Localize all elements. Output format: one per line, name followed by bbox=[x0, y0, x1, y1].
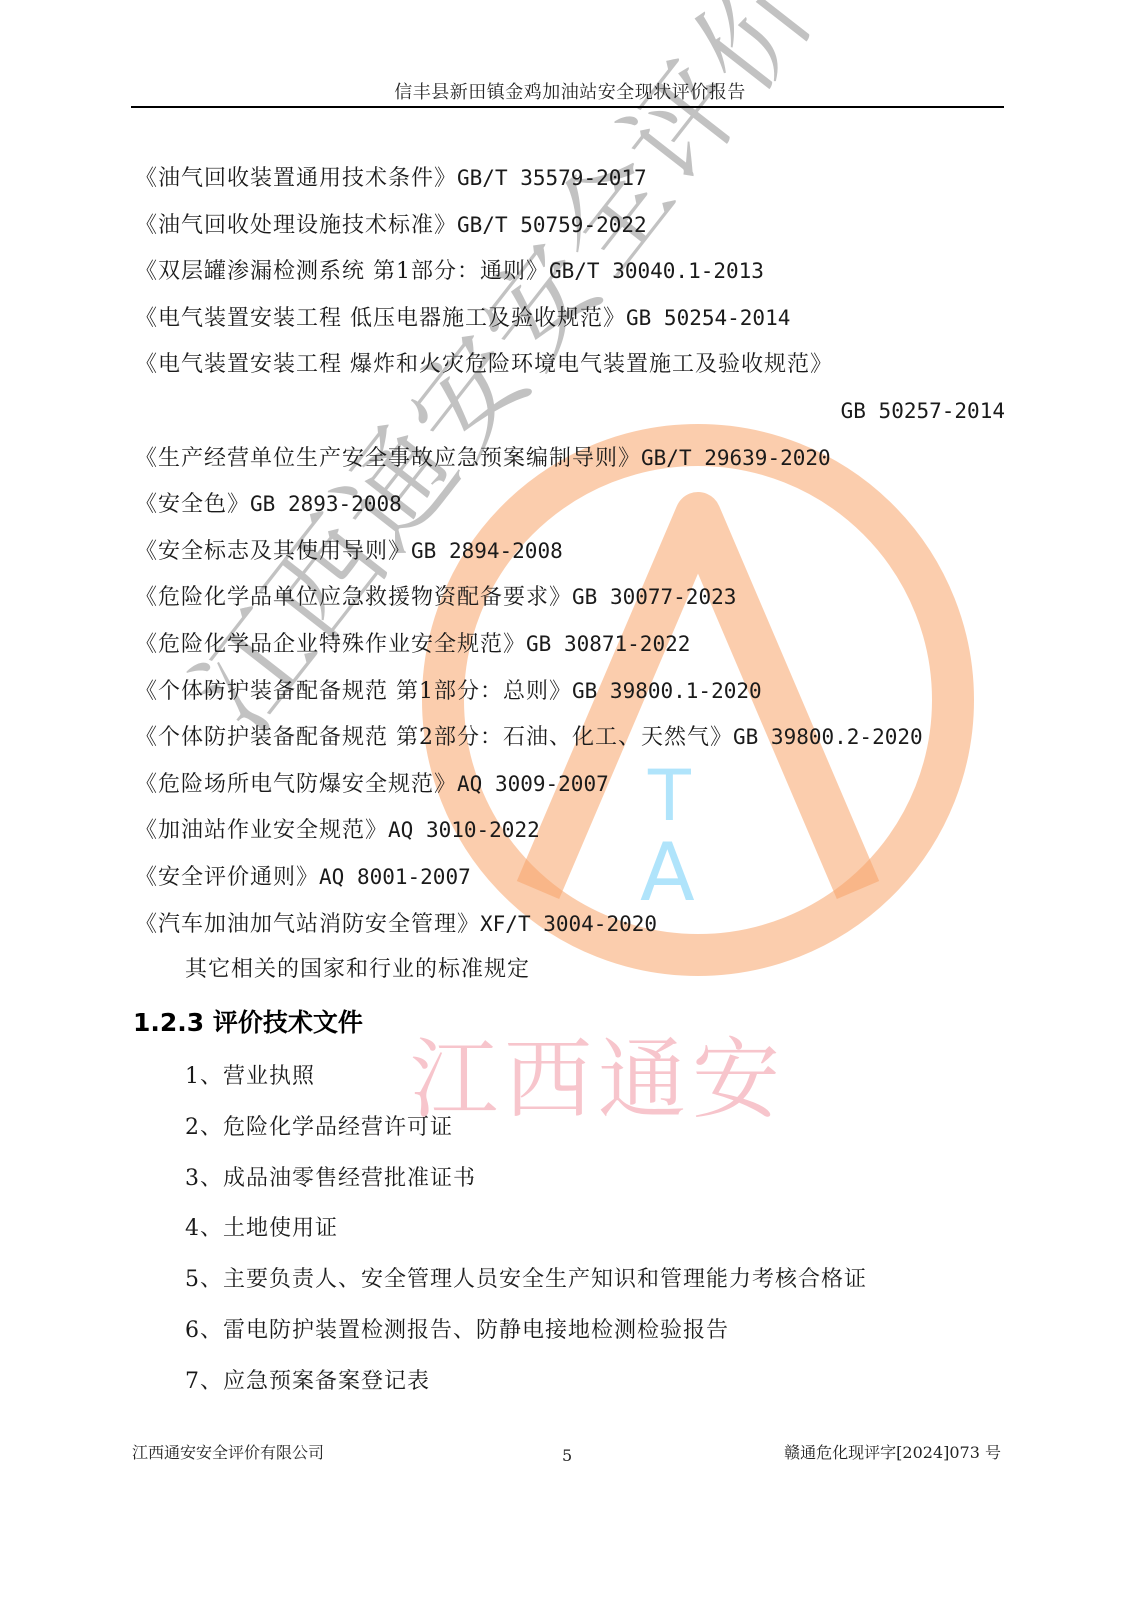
reference-item: 《双层罐渗漏检测系统 第1部分：通则》GB/T 30040.1-2013 bbox=[135, 248, 1010, 295]
list-item: 5、主要负责人、安全管理人员安全生产知识和管理能力考核合格证 bbox=[185, 1255, 867, 1306]
technical-documents-list: 1、营业执照 2、危险化学品经营许可证 3、成品油零售经营批准证书 4、土地使用… bbox=[185, 1052, 867, 1408]
reference-item: 《电气装置安装工程 低压电器施工及验收规范》GB 50254-2014 bbox=[135, 295, 1010, 342]
reference-item: 《加油站作业安全规范》AQ 3010-2022 bbox=[135, 807, 1010, 854]
reference-item-continuation: GB 50257-2014 bbox=[135, 388, 1010, 435]
list-item: 6、雷电防护装置检测报告、防静电接地检测检验报告 bbox=[185, 1306, 867, 1357]
reference-item: 《油气回收装置通用技术条件》GB/T 35579-2017 bbox=[135, 155, 1010, 202]
reference-item: 《汽车加油加气站消防安全管理》XF/T 3004-2020 bbox=[135, 901, 1010, 948]
reference-item: 《安全标志及其使用导则》GB 2894-2008 bbox=[135, 528, 1010, 575]
footer-company-name: 江西通安安全评价有限公司 bbox=[132, 1440, 324, 1463]
reference-item: 《电气装置安装工程 爆炸和火灾危险环境电气装置施工及验收规范》 bbox=[135, 341, 1010, 388]
other-standards-note: 其它相关的国家和行业的标准规定 bbox=[135, 947, 1010, 994]
reference-item: 《危险化学品单位应急救援物资配备要求》GB 30077-2023 bbox=[135, 574, 1010, 621]
reference-item: 《个体防护装备配备规范 第1部分：总则》GB 39800.1-2020 bbox=[135, 668, 1010, 715]
section-heading: 1.2.3 评价技术文件 bbox=[133, 1003, 363, 1039]
reference-item: 《个体防护装备配备规范 第2部分：石油、化工、天然气》GB 39800.2-20… bbox=[135, 714, 1010, 761]
list-item: 7、应急预案备案登记表 bbox=[185, 1357, 867, 1408]
list-item: 3、成品油零售经营批准证书 bbox=[185, 1154, 867, 1205]
list-item: 1、营业执照 bbox=[185, 1052, 867, 1103]
list-item: 4、土地使用证 bbox=[185, 1204, 867, 1255]
reference-item: 《危险化学品企业特殊作业安全规范》GB 30871-2022 bbox=[135, 621, 1010, 668]
reference-item: 《安全色》GB 2893-2008 bbox=[135, 481, 1010, 528]
reference-item: 《危险场所电气防爆安全规范》AQ 3009-2007 bbox=[135, 761, 1010, 808]
reference-item: 《油气回收处理设施技术标准》GB/T 50759-2022 bbox=[135, 202, 1010, 249]
page-header-title: 信丰县新田镇金鸡加油站安全现状评价报告 bbox=[130, 78, 1010, 104]
header-divider bbox=[131, 106, 1004, 108]
page-number: 5 bbox=[562, 1446, 572, 1465]
reference-item: 《安全评价通则》AQ 8001-2007 bbox=[135, 854, 1010, 901]
reference-item: 《生产经营单位生产安全事故应急预案编制导则》GB/T 29639-2020 bbox=[135, 435, 1010, 482]
list-item: 2、危险化学品经营许可证 bbox=[185, 1103, 867, 1154]
footer-report-number: 赣通危化现评字[2024]073 号 bbox=[784, 1440, 1001, 1463]
standards-reference-list: 《油气回收装置通用技术条件》GB/T 35579-2017 《油气回收处理设施技… bbox=[135, 155, 1010, 994]
document-page: T A 江西通安 江西通安安全评价有限公司 信丰县新田镇金鸡加油站安全现状评价报… bbox=[0, 0, 1131, 1600]
